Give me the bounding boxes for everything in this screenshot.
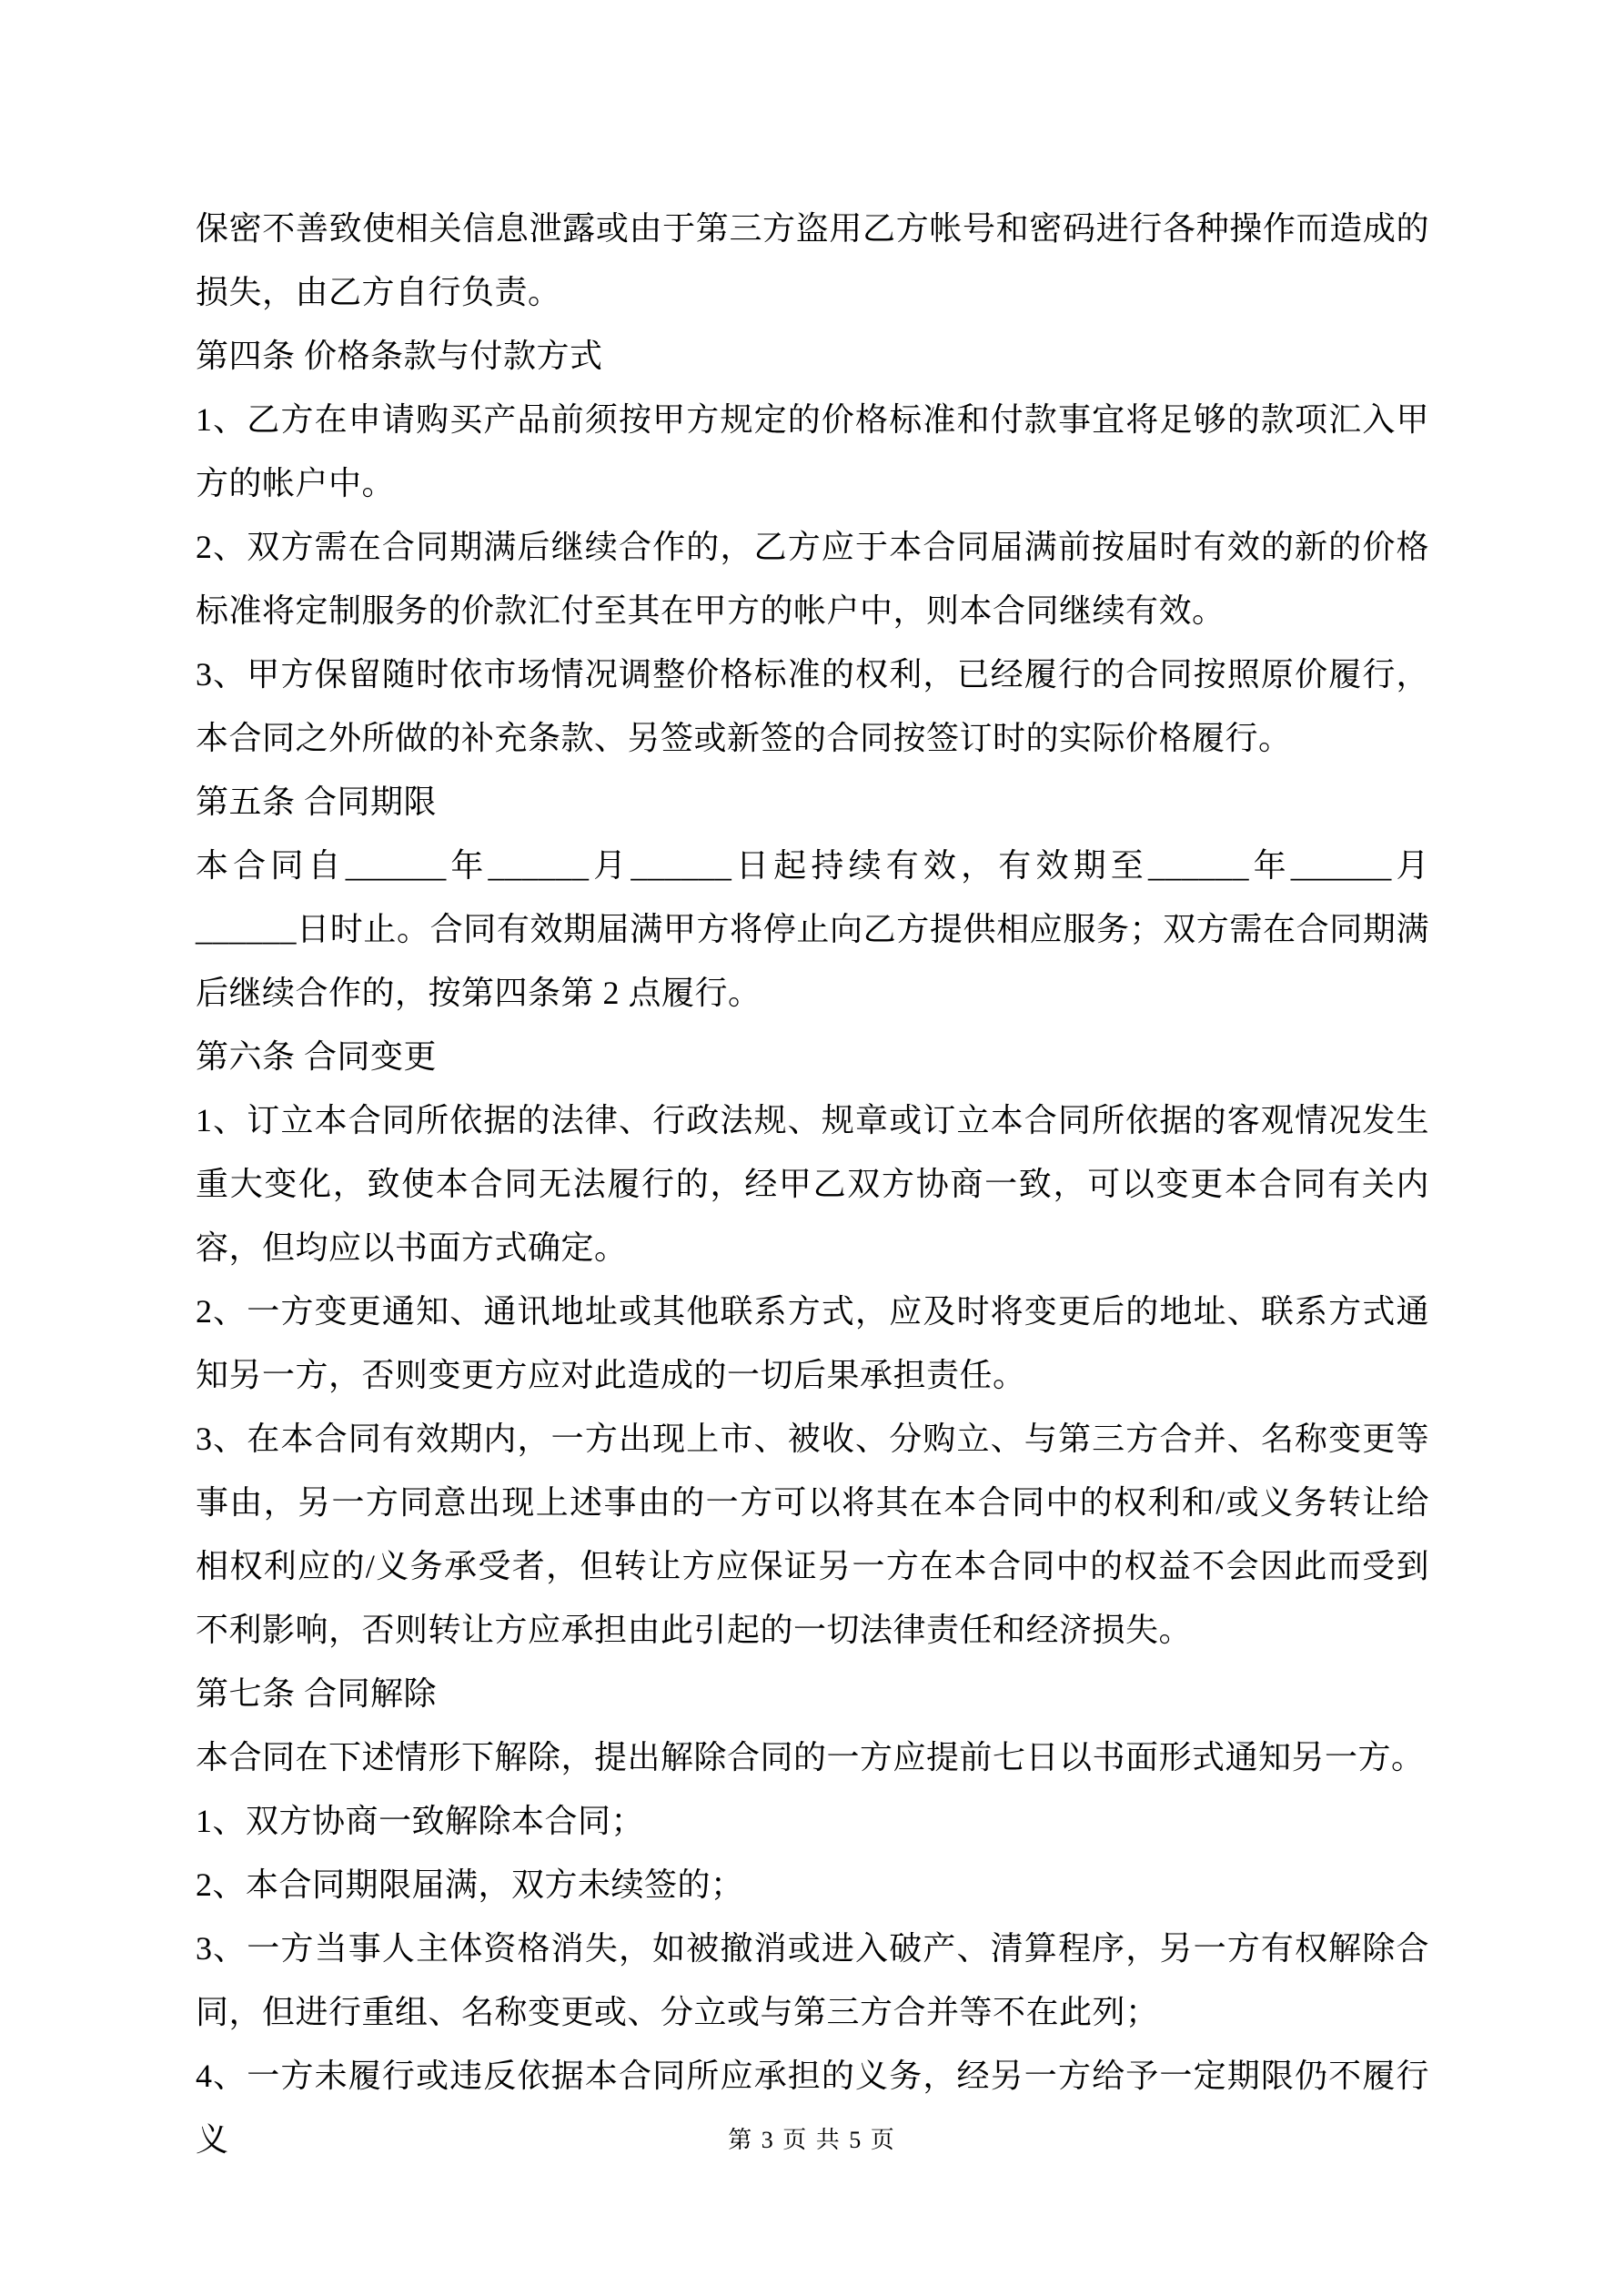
paragraph: 2、双方需在合同期满后继续合作的，乙方应于本合同届满前按届时有效的新的价格标准将… [196, 515, 1429, 642]
section-heading: 第七条 合同解除 [196, 1662, 1429, 1725]
paragraph: 保密不善致使相关信息泄露或由于第三方盗用乙方帐号和密码进行各种操作而造成的损失，… [196, 197, 1429, 324]
section-heading: 第五条 合同期限 [196, 770, 1429, 834]
section-heading: 第六条 合同变更 [196, 1025, 1429, 1088]
paragraph: 1、订立本合同所依据的法律、行政法规、规章或订立本合同所依据的客观情况发生重大变… [196, 1088, 1429, 1279]
paragraph: 本合同在下述情形下解除，提出解除合同的一方应提前七日以书面形式通知另一方。 [196, 1725, 1429, 1789]
paragraph: 3、甲方保留随时依市场情况调整价格标准的权利，已经履行的合同按照原价履行，本合同… [196, 642, 1429, 770]
paragraph: 3、一方当事人主体资格消失，如被撤消或进入破产、清算程序，另一方有权解除合同，但… [196, 1917, 1429, 2044]
page-footer: 第 3 页 共 5 页 [0, 2122, 1624, 2159]
document-page: 保密不善致使相关信息泄露或由于第三方盗用乙方帐号和密码进行各种操作而造成的损失，… [0, 0, 1624, 2296]
page-number-text: 第 3 页 共 5 页 [728, 2127, 896, 2153]
section-heading: 第四条 价格条款与付款方式 [196, 324, 1429, 388]
paragraph: 2、一方变更通知、通讯地址或其他联系方式，应及时将变更后的地址、联系方式通知另一… [196, 1279, 1429, 1407]
paragraph: 1、乙方在申请购买产品前须按甲方规定的价格标准和付款事宜将足够的款项汇入甲方的帐… [196, 388, 1429, 515]
paragraph: 1、双方协商一致解除本合同； [196, 1789, 1429, 1853]
document-content: 保密不善致使相关信息泄露或由于第三方盗用乙方帐号和密码进行各种操作而造成的损失，… [196, 197, 1429, 2171]
paragraph: 3、在本合同有效期内，一方出现上市、被收、分购立、与第三方合并、名称变更等事由，… [196, 1407, 1429, 1662]
paragraph: 本合同自______年______月______日起持续有效，有效期至_____… [196, 834, 1429, 1025]
paragraph: 2、本合同期限届满，双方未续签的； [196, 1853, 1429, 1917]
